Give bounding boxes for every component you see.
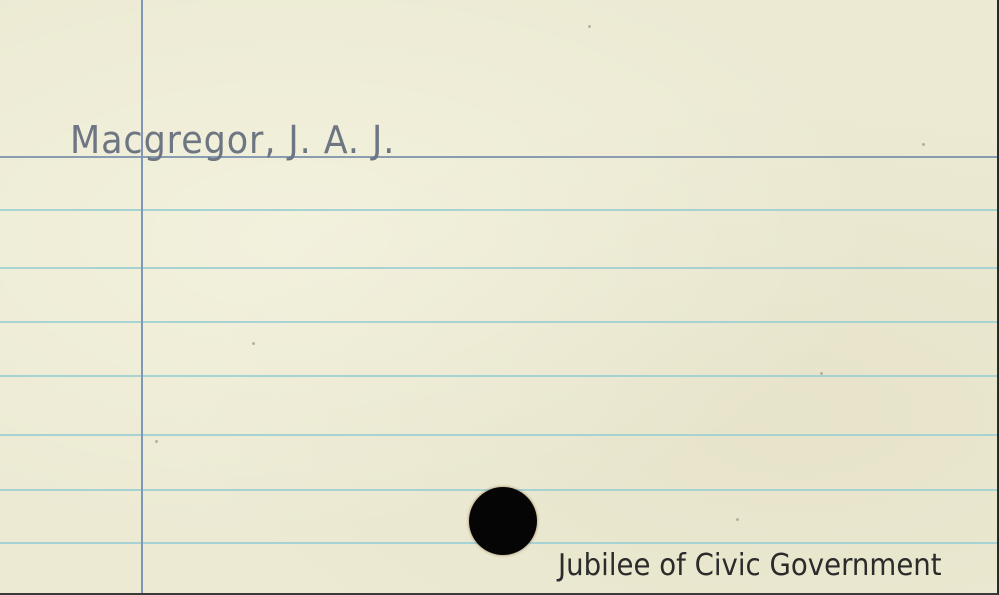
paper-speck — [588, 25, 591, 28]
punch-hole — [469, 487, 537, 555]
index-card: Macgregor, J. A. J. Jubilee of Civic Gov… — [0, 0, 999, 595]
paper-speck — [820, 372, 823, 375]
margin-line — [141, 0, 143, 593]
name-heading: Macgregor, J. A. J. — [70, 118, 395, 162]
ruled-line — [0, 434, 997, 436]
paper-speck — [922, 143, 925, 146]
ruled-line — [0, 321, 997, 323]
ruled-line — [0, 209, 997, 211]
ruled-line — [0, 267, 997, 269]
subject-text: Jubilee of Civic Government — [558, 548, 942, 583]
paper-speck — [736, 518, 739, 521]
paper-speck — [155, 440, 158, 443]
paper-speck — [252, 342, 255, 345]
ruled-line — [0, 375, 997, 377]
